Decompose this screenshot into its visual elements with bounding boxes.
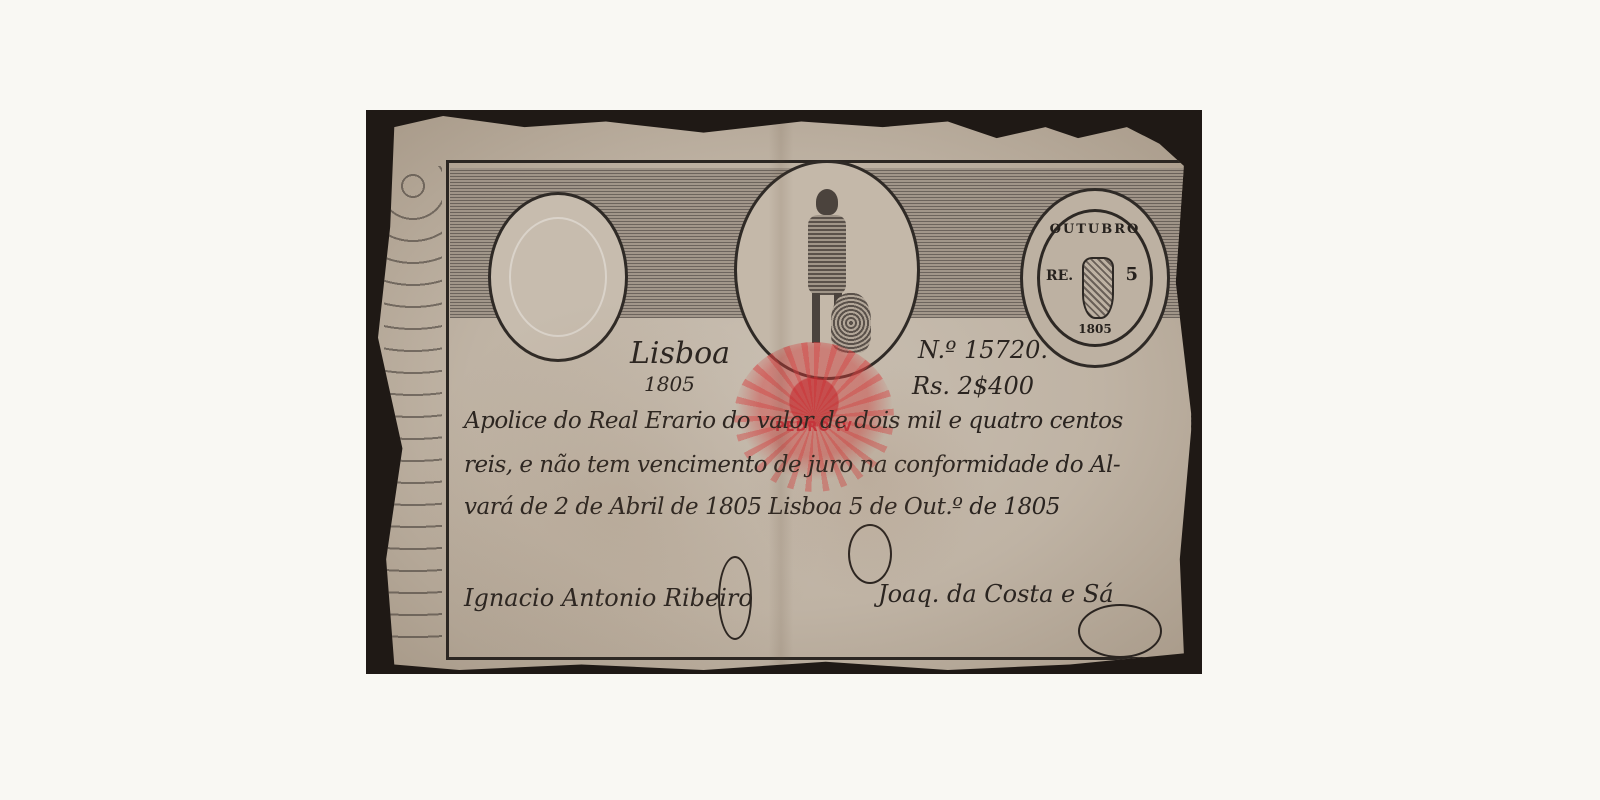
signature-flourish [848,524,892,584]
note-text-line-3: vará de 2 de Abril de 1805 Lisboa 5 de O… [464,494,1060,520]
signature-1: Ignacio Antonio Ribeiro [464,584,753,612]
left-watermark-oval [488,192,628,362]
issue-year: 1805 [644,372,695,396]
lion-illustration [831,293,871,353]
stamp-year: 1805 [1040,322,1150,336]
note-value: Rs. 2$400 [912,372,1034,400]
coat-of-arms-icon [1082,257,1115,319]
signature-flourish [1078,604,1162,658]
fiscal-stamp: OUTUBRO RE. 5 1805 [1037,209,1153,347]
stamp-denomination-value: 5 [1125,264,1138,285]
note-text-line-2: reis, e não tem vencimento de juro na co… [464,452,1120,478]
stamp-month: OUTUBRO [1040,222,1150,237]
stamp-denomination-label: RE. [1046,268,1073,284]
note-text-line-1: Apolice do Real Erario do valor de dois … [464,408,1123,434]
serial-number: N.º 15720. [918,336,1048,364]
signature-2: Joaq. da Costa e Sá [878,580,1114,608]
signature-flourish [718,556,752,640]
left-ornamental-border [384,166,442,656]
banknote-paper: OUTUBRO RE. 5 1805 Lisboa 1805 N.º 15720… [378,116,1192,670]
banknote-photo: OUTUBRO RE. 5 1805 Lisboa 1805 N.º 15720… [366,110,1202,674]
embossed-seal [509,217,607,337]
issue-city: Lisboa [630,336,730,371]
